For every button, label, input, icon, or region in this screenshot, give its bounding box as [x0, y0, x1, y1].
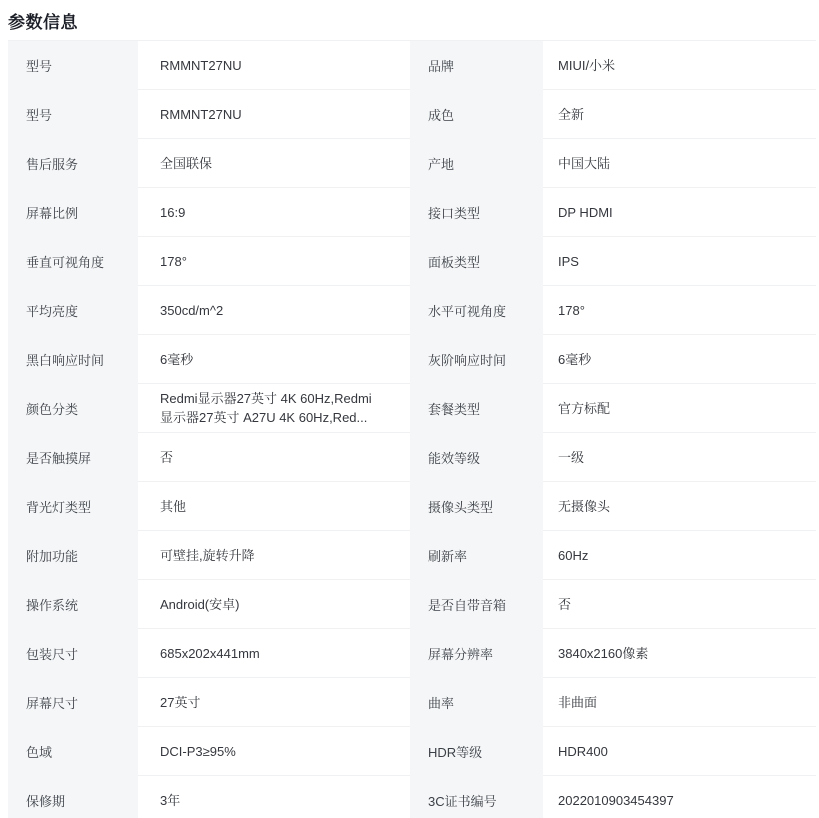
spec-row: 是否触摸屏 否 能效等级 一级: [8, 433, 816, 482]
spec-label-left: 保修期: [8, 776, 138, 818]
spec-label-right: 灰阶响应时间: [410, 335, 543, 384]
spec-row: 保修期 3年 3C证书编号 2022010903454397: [8, 776, 816, 818]
spec-label-right: 成色: [410, 90, 543, 139]
spec-label-right: 摄像头类型: [410, 482, 543, 531]
spec-value-right: 无摄像头: [543, 482, 816, 531]
spec-value-right: 否: [543, 580, 816, 629]
spec-value-left: RMMNT27NU: [138, 90, 410, 139]
spec-label-left: 色域: [8, 727, 138, 776]
spec-value-left: 可壁挂,旋转升降: [138, 531, 410, 580]
spec-label-left: 黑白响应时间: [8, 335, 138, 384]
spec-value-left: 350cd/m^2: [138, 286, 410, 335]
spec-value-right: HDR400: [543, 727, 816, 776]
spec-value-left: 16:9: [138, 188, 410, 237]
spec-value-right: 非曲面: [543, 678, 816, 727]
spec-label-left: 型号: [8, 90, 138, 139]
spec-label-right: 屏幕分辨率: [410, 629, 543, 678]
spec-label-left: 颜色分类: [8, 384, 138, 433]
spec-label-left: 背光灯类型: [8, 482, 138, 531]
spec-label-right: HDR等级: [410, 727, 543, 776]
spec-row: 附加功能 可壁挂,旋转升降 刷新率 60Hz: [8, 531, 816, 580]
spec-value-left: 3年: [138, 776, 410, 818]
spec-value-right: 178°: [543, 286, 816, 335]
spec-row: 屏幕比例 16:9 接口类型 DP HDMI: [8, 188, 816, 237]
spec-label-right: 面板类型: [410, 237, 543, 286]
spec-label-left: 售后服务: [8, 139, 138, 188]
spec-label-right: 曲率: [410, 678, 543, 727]
spec-value-right: 2022010903454397: [543, 776, 816, 818]
spec-value-left: Android(安卓): [138, 580, 410, 629]
spec-row: 颜色分类 Redmi显示器27英寸 4K 60Hz,Redmi显示器27英寸 A…: [8, 384, 816, 433]
spec-value-right: DP HDMI: [543, 188, 816, 237]
spec-label-right: 套餐类型: [410, 384, 543, 433]
spec-value-left: RMMNT27NU: [138, 41, 410, 90]
spec-row: 型号 RMMNT27NU 品牌 MIUI/小米: [8, 41, 816, 90]
spec-label-left: 操作系统: [8, 580, 138, 629]
spec-value-left: 6毫秒: [138, 335, 410, 384]
spec-label-left: 屏幕比例: [8, 188, 138, 237]
spec-row: 垂直可视角度 178° 面板类型 IPS: [8, 237, 816, 286]
spec-value-left: 27英寸: [138, 678, 410, 727]
spec-value-right: 官方标配: [543, 384, 816, 433]
spec-value-right: IPS: [543, 237, 816, 286]
spec-label-left: 包装尺寸: [8, 629, 138, 678]
spec-table: 型号 RMMNT27NU 品牌 MIUI/小米 型号 RMMNT27NU 成色 …: [8, 40, 816, 818]
spec-row: 屏幕尺寸 27英寸 曲率 非曲面: [8, 678, 816, 727]
spec-label-right: 3C证书编号: [410, 776, 543, 818]
spec-label-right: 产地: [410, 139, 543, 188]
spec-value-right: 3840x2160像素: [543, 629, 816, 678]
spec-row: 售后服务 全国联保 产地 中国大陆: [8, 139, 816, 188]
spec-value-right: MIUI/小米: [543, 41, 816, 90]
spec-label-left: 屏幕尺寸: [8, 678, 138, 727]
spec-label-right: 刷新率: [410, 531, 543, 580]
spec-row: 平均亮度 350cd/m^2 水平可视角度 178°: [8, 286, 816, 335]
spec-value-left: 178°: [138, 237, 410, 286]
spec-value-left: 否: [138, 433, 410, 482]
spec-label-right: 接口类型: [410, 188, 543, 237]
spec-value-left: 其他: [138, 482, 410, 531]
spec-label-right: 品牌: [410, 41, 543, 90]
page-title: 参数信息: [8, 8, 78, 33]
spec-value-right: 全新: [543, 90, 816, 139]
spec-value-left: 全国联保: [138, 139, 410, 188]
spec-value-right: 中国大陆: [543, 139, 816, 188]
spec-row: 型号 RMMNT27NU 成色 全新: [8, 90, 816, 139]
spec-row: 色域 DCI-P3≥95% HDR等级 HDR400: [8, 727, 816, 776]
spec-value-right: 6毫秒: [543, 335, 816, 384]
spec-label-left: 型号: [8, 41, 138, 90]
spec-label-left: 是否触摸屏: [8, 433, 138, 482]
spec-row: 操作系统 Android(安卓) 是否自带音箱 否: [8, 580, 816, 629]
spec-value-left: 685x202x441mm: [138, 629, 410, 678]
spec-row: 黑白响应时间 6毫秒 灰阶响应时间 6毫秒: [8, 335, 816, 384]
spec-label-left: 附加功能: [8, 531, 138, 580]
spec-label-right: 能效等级: [410, 433, 543, 482]
spec-row: 包装尺寸 685x202x441mm 屏幕分辨率 3840x2160像素: [8, 629, 816, 678]
spec-row: 背光灯类型 其他 摄像头类型 无摄像头: [8, 482, 816, 531]
spec-value-left: DCI-P3≥95%: [138, 727, 410, 776]
spec-value-right: 60Hz: [543, 531, 816, 580]
spec-value-right: 一级: [543, 433, 816, 482]
spec-value-left: Redmi显示器27英寸 4K 60Hz,Redmi显示器27英寸 A27U 4…: [138, 384, 410, 433]
spec-label-left: 垂直可视角度: [8, 237, 138, 286]
spec-label-right: 是否自带音箱: [410, 580, 543, 629]
spec-label-left: 平均亮度: [8, 286, 138, 335]
spec-label-right: 水平可视角度: [410, 286, 543, 335]
